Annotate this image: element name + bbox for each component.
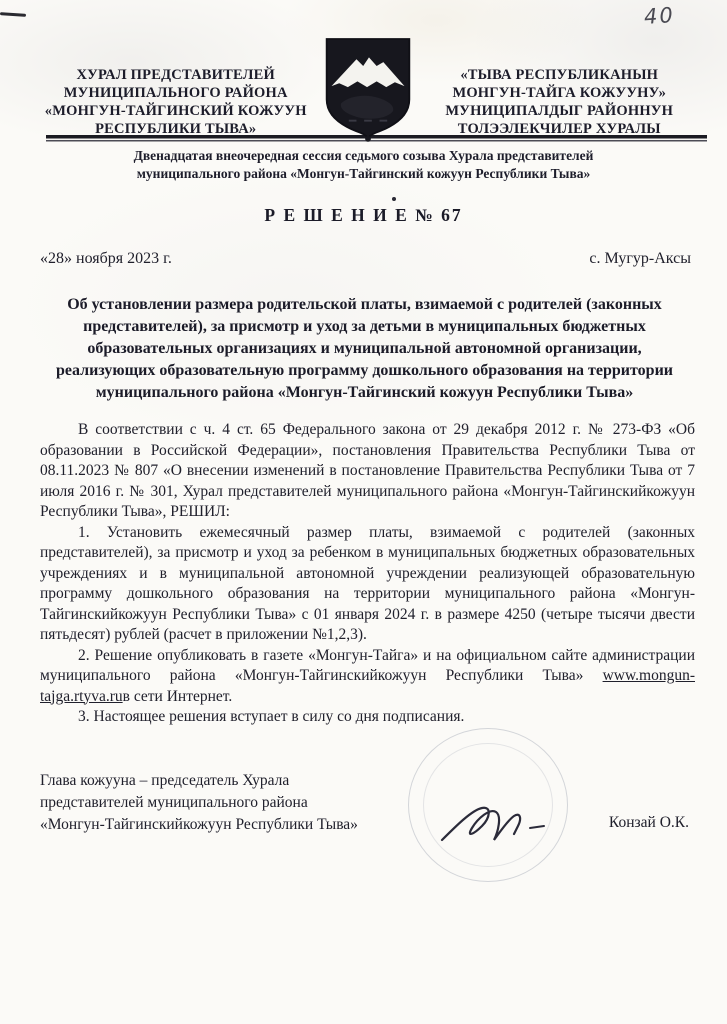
handwritten-page-number: 40 <box>643 3 675 29</box>
handwritten-signature <box>438 798 578 856</box>
date-place-row: «28» ноября 2023 г. с. Мугур-Аксы <box>40 250 691 268</box>
resolution-item-2: 2. Решение опубликовать в газете «Монгун… <box>40 646 695 708</box>
session-line: муниципального района «Монгун-Тайгинский… <box>0 165 727 183</box>
issuing-authority-russian: ХУРАЛ ПРЕДСТАВИТЕЛЕЙ МУНИЦИПАЛЬНОГО РАЙО… <box>34 66 318 138</box>
org-line: МУНИЦИПАЛЬНОГО РАЙОНА <box>34 84 318 102</box>
item2-text-after: в сети Интернет. <box>123 688 233 705</box>
decision-place: с. Мугур-Аксы <box>589 250 691 268</box>
resolution-item-1: 1. Установить ежемесячный размер платы, … <box>40 523 695 646</box>
resolution-item-3: 3. Настоящее решения вступает в силу со … <box>40 707 695 728</box>
decision-heading-wrap: Р Е Ш Е Н И Е № 67 <box>0 205 727 226</box>
decision-heading: Р Е Ш Е Н И Е № 67 <box>264 205 462 225</box>
issuing-authority-tuvan: «ТЫВА РЕСПУБЛИКАНЫН МОНГУН-ТАЙГА КОЖУУНУ… <box>418 66 702 138</box>
org-line: «МОНГУН-ТАЙГИНСКИЙ КОЖУУН <box>34 102 318 120</box>
session-caption: Двенадцатая внеочередная сессия седьмого… <box>0 147 727 183</box>
mountain-shield-emblem-icon <box>318 36 418 142</box>
session-line: Двенадцатая внеочередная сессия седьмого… <box>0 147 727 165</box>
preamble-paragraph: В соответствии с ч. 4 ст. 65 Федеральног… <box>40 420 695 523</box>
org-line: ХУРАЛ ПРЕДСТАВИТЕЛЕЙ <box>34 66 318 84</box>
document-header: ХУРАЛ ПРЕДСТАВИТЕЛЕЙ МУНИЦИПАЛЬНОГО РАЙО… <box>0 0 727 142</box>
position-line: «Монгун-Тайгинскийкожуун Республики Тыва… <box>40 814 430 836</box>
position-line: Глава кожууна – председатель Хурала <box>40 770 430 792</box>
signatory-name: Конзай О.К. <box>609 812 689 834</box>
position-line: представителей муниципального района <box>40 792 430 814</box>
scanned-document-page: 40 ХУРАЛ ПРЕДСТАВИТЕЛЕЙ МУНИЦИПАЛЬНОГО Р… <box>0 0 727 1024</box>
org-line: МОНГУН-ТАЙГА КОЖУУНУ» <box>418 84 702 102</box>
signature-block: Глава кожууна – председатель Хурала пред… <box>40 770 691 890</box>
item2-text: 2. Решение опубликовать в газете «Монгун… <box>40 647 695 685</box>
ink-dot <box>392 197 396 201</box>
org-line: «ТЫВА РЕСПУБЛИКАНЫН <box>418 66 702 84</box>
decision-body: В соответствии с ч. 4 ст. 65 Федеральног… <box>40 420 695 728</box>
signatory-position: Глава кожууна – председатель Хурала пред… <box>40 770 430 836</box>
decision-title: Об установлении размера родительской пла… <box>46 294 683 404</box>
decision-date: «28» ноября 2023 г. <box>40 250 172 268</box>
org-line: МУНИЦИПАЛДЫГ РАЙОННУН <box>418 102 702 120</box>
